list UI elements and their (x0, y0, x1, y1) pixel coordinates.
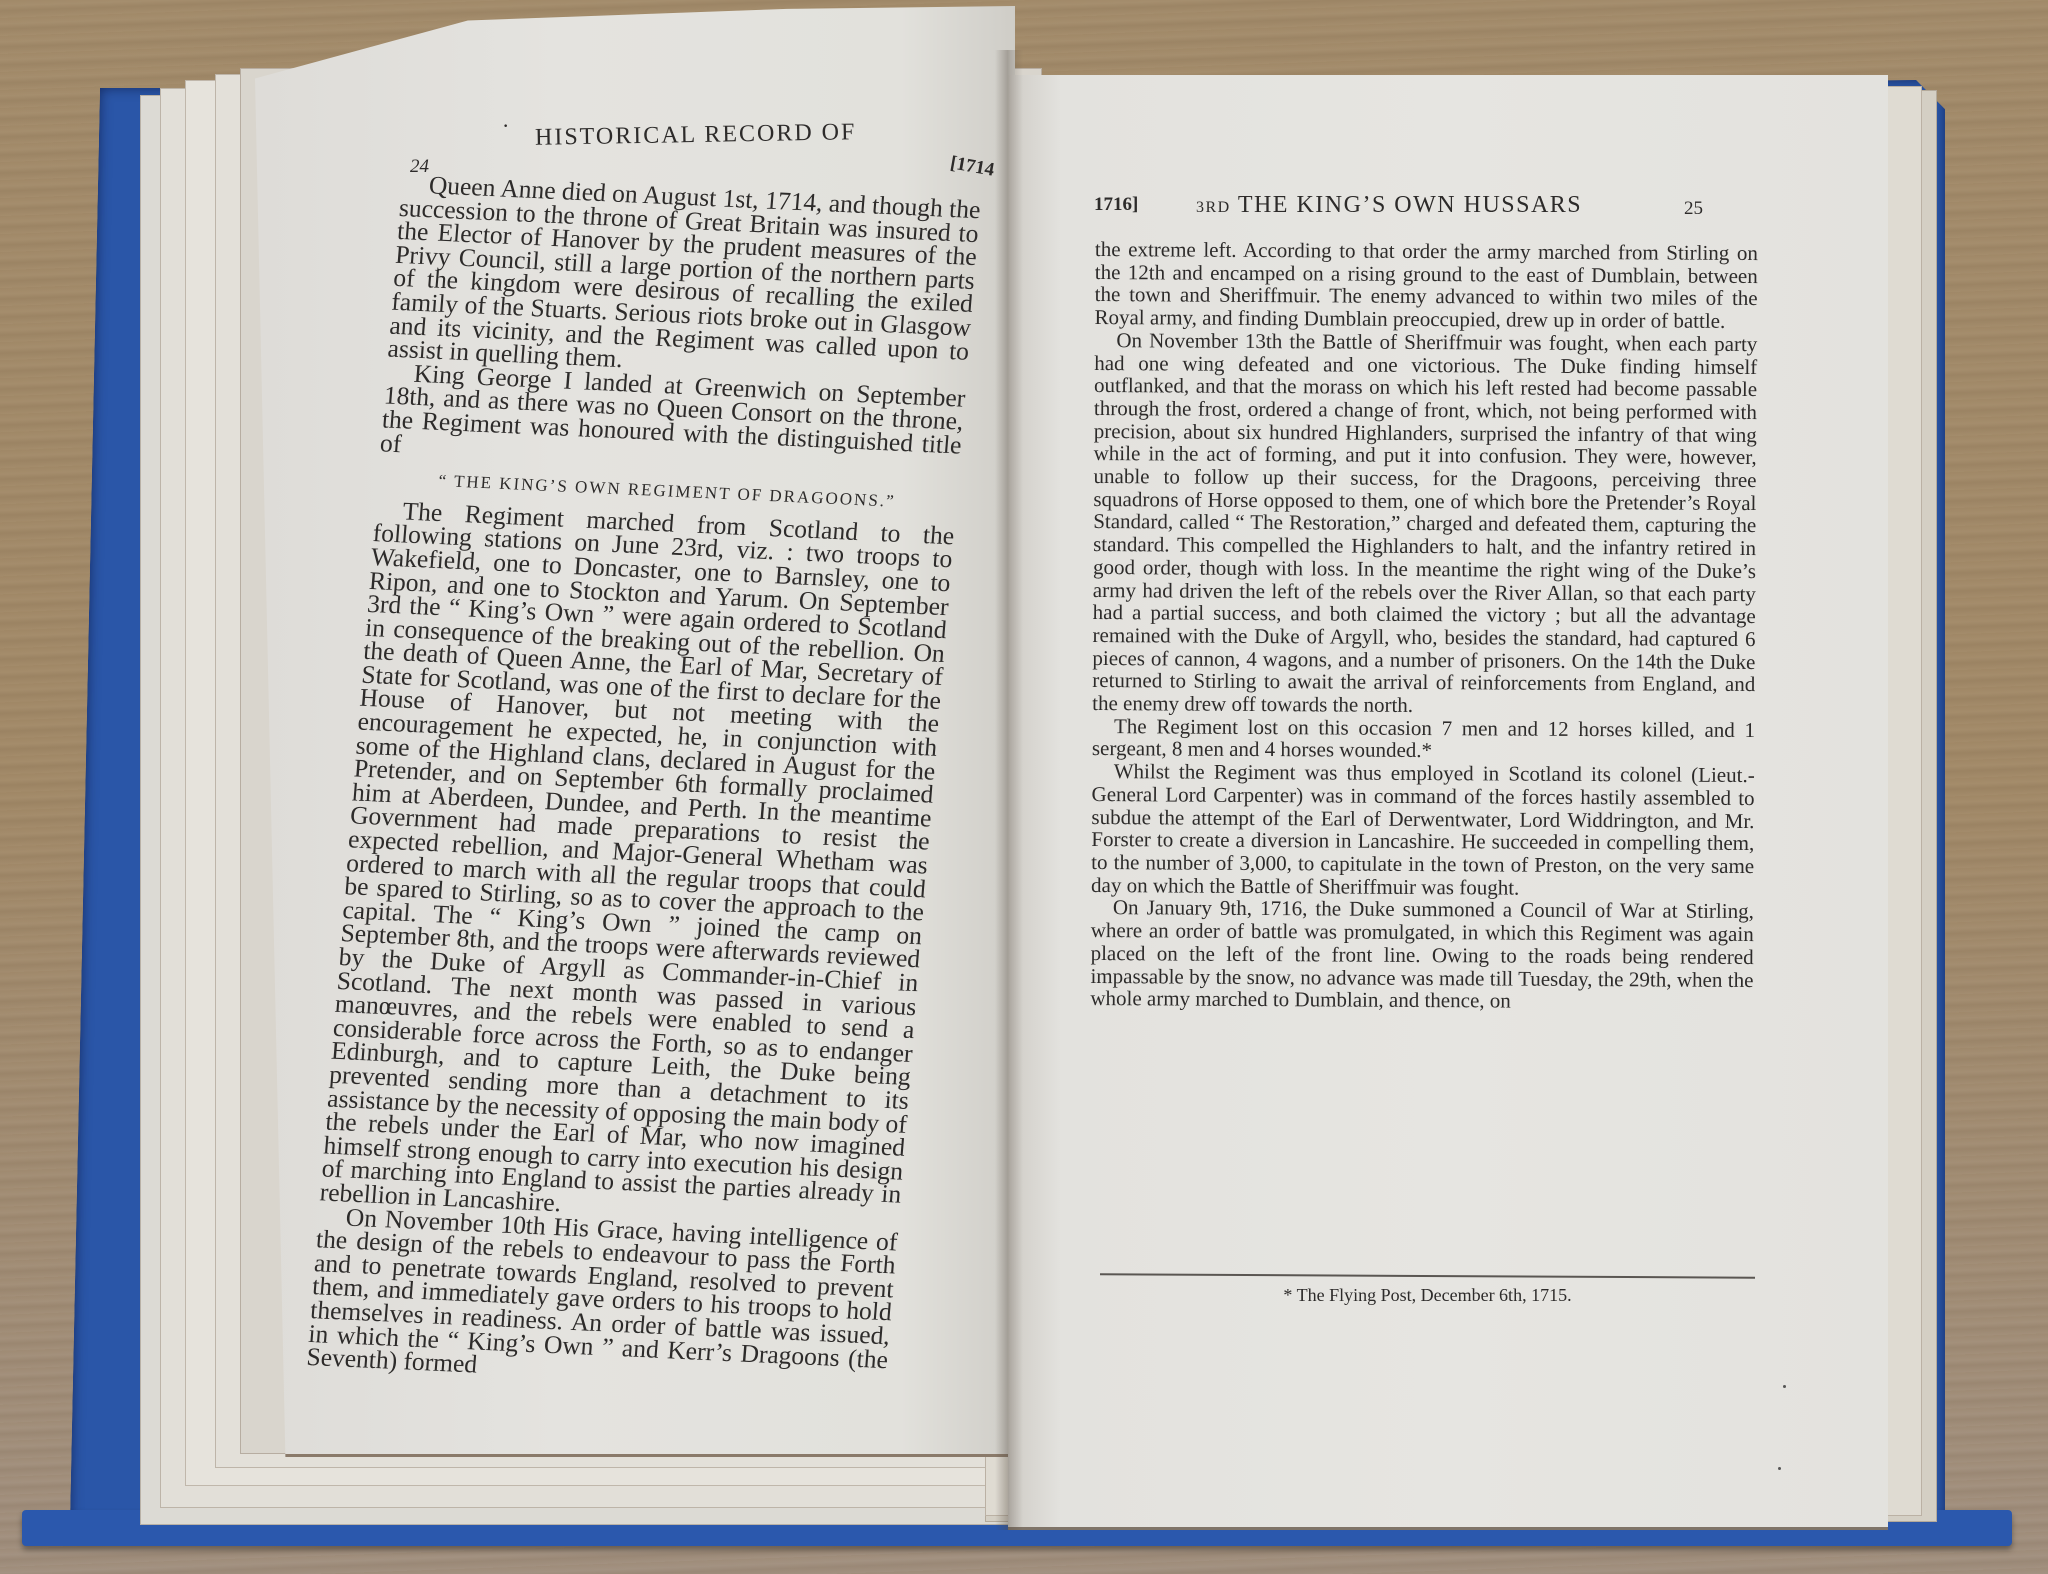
title-text: THE KING’S OWN HUSSARS (1238, 192, 1582, 218)
ink-dot: · (502, 113, 509, 139)
paragraph: Queen Anne died on August 1st, 1714, and… (387, 172, 982, 387)
paragraph: Whilst the Regiment was thus employed in… (1091, 760, 1755, 900)
right-running-year: 1716] (1094, 194, 1138, 216)
paragraph: On November 13th the Battle of Sheriffmu… (1092, 329, 1757, 719)
paragraph: The Regiment lost on this occasion 7 men… (1092, 715, 1755, 764)
left-running-head: · HISTORICAL RECORD OF 24 [1714 (410, 108, 970, 168)
right-page-number: 25 (1684, 198, 1703, 220)
title-prefix: 3RD (1196, 199, 1231, 216)
paragraph: the extreme left. According to that orde… (1094, 238, 1758, 333)
paragraph: The Regiment marched from Scotland to th… (319, 498, 955, 1230)
right-running-head: 1716] 3RD THE KING’S OWN HUSSARS 25 (1094, 192, 1714, 226)
paragraph: On November 10th His Grace, having intel… (306, 1204, 899, 1395)
paper-spot (1783, 1385, 1786, 1388)
book-gutter (995, 50, 1023, 1530)
paragraph: On January 9th, 1716, the Duke summoned … (1090, 896, 1754, 1014)
paper-spot (1778, 1467, 1781, 1470)
footnote: * The Flying Post, December 6th, 1715. (1100, 1285, 1755, 1306)
right-page-body: the extreme left. According to that orde… (1090, 238, 1758, 1014)
right-running-title: 3RD THE KING’S OWN HUSSARS (1196, 192, 1582, 219)
left-page-body: Queen Anne died on August 1st, 1714, and… (306, 172, 982, 1395)
left-running-title: HISTORICAL RECORD OF (535, 119, 857, 152)
